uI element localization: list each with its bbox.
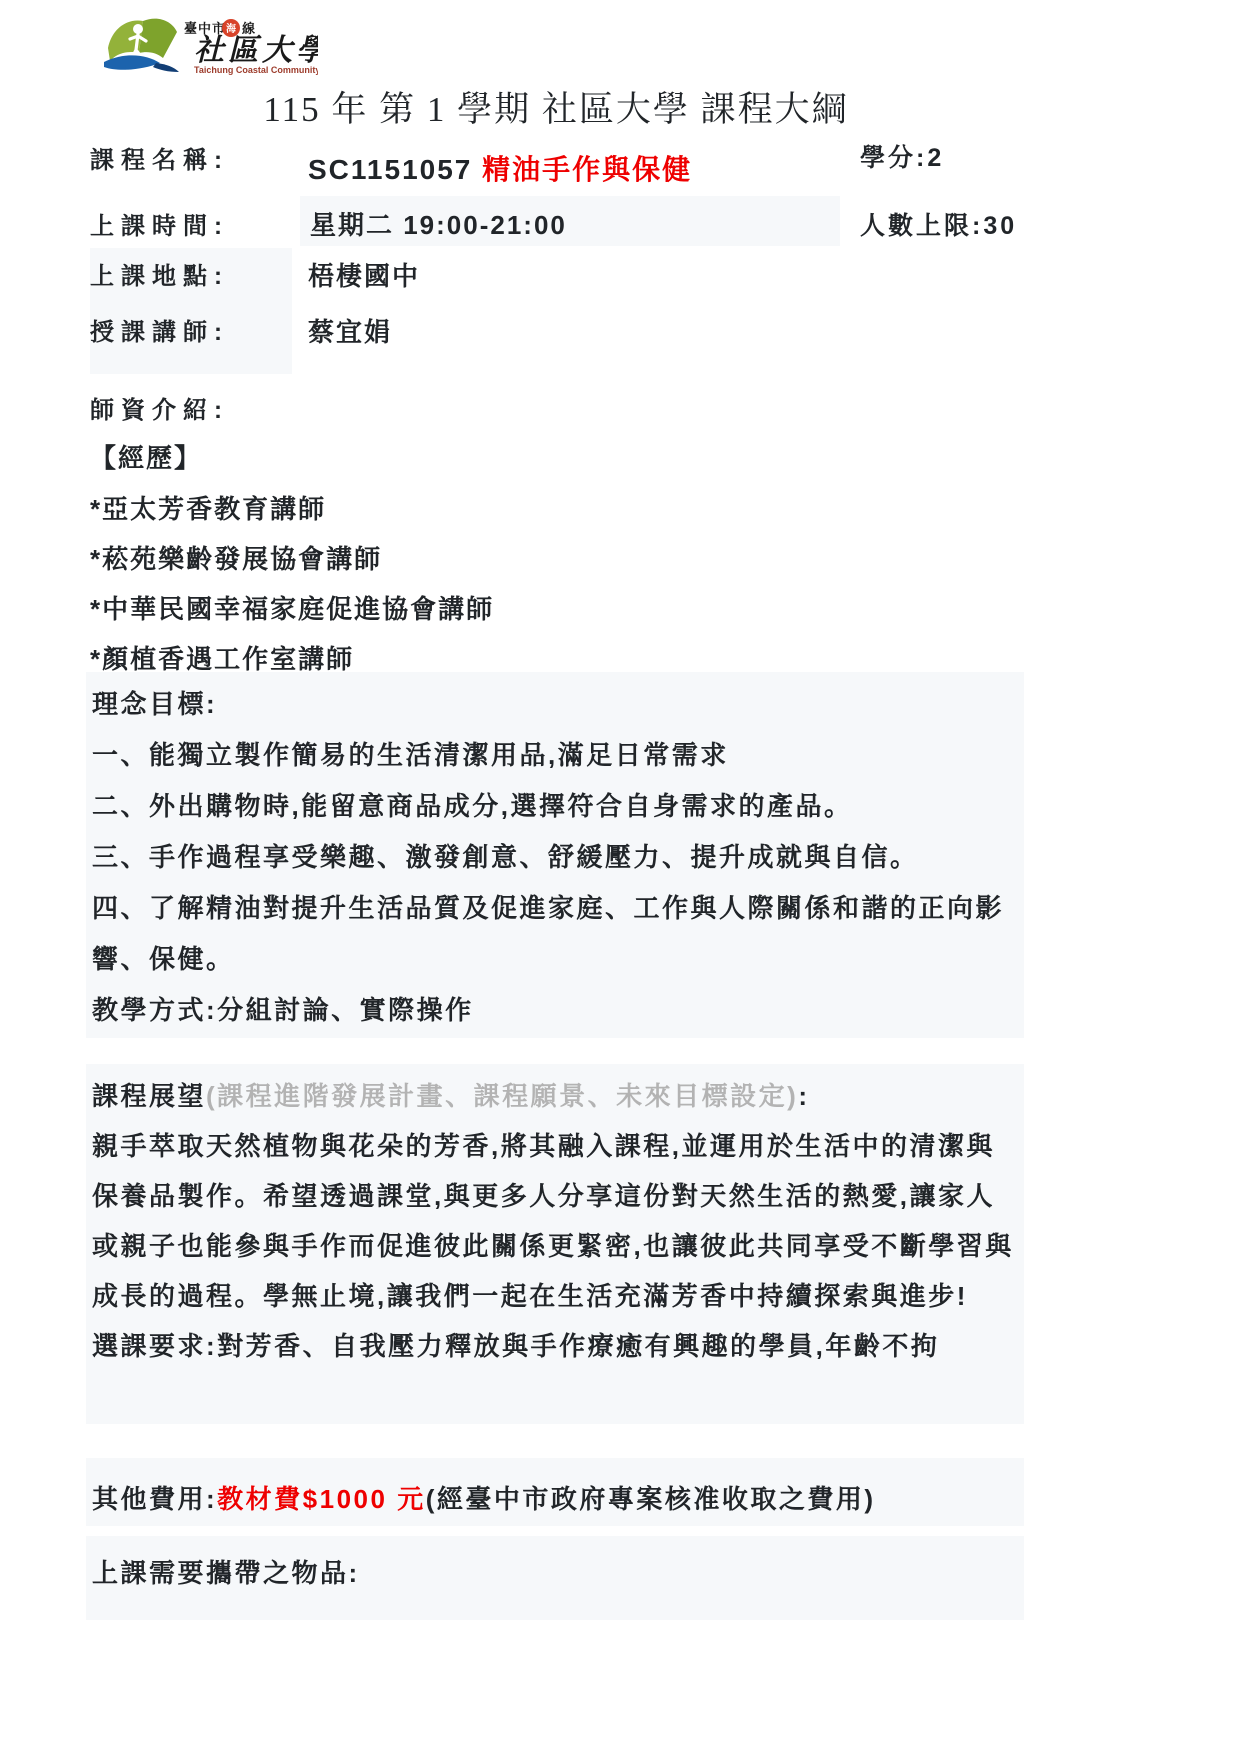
outlook-heading: 課程展望(課程進階發展計畫、課程願景、未來目標設定): xyxy=(92,1071,1014,1121)
course-name-label: 課程名稱: xyxy=(90,140,229,175)
goal-item: 二、外出購物時,能留意商品成分,選擇符合自身需求的產品。 xyxy=(92,781,1014,832)
logo-text-main: 社區大學 xyxy=(194,34,318,67)
college-logo-graphic: 臺中市 海 線 社區大學 Taichung Coastal Community … xyxy=(98,8,318,78)
experience-item: *亞太芳香教育講師 xyxy=(90,489,326,526)
outlook-section: 課程展望(課程進階發展計畫、課程願景、未來目標設定): 親手萃取天然植物與花朵的… xyxy=(86,1064,1024,1424)
class-time-value: 星期二 19:00-21:00 xyxy=(300,196,840,242)
fees-line: 其他費用:教材費$1000 元(經臺中市政府專案核准收取之費用) xyxy=(92,1474,1014,1525)
fees-label: 其他費用: xyxy=(92,1484,217,1514)
course-title-text: 精油手作與保健 xyxy=(482,154,692,185)
goal-item: 一、能獨立製作簡易的生活清潔用品,滿足日常需求 xyxy=(92,730,1014,781)
course-name-value: SC1151057 精油手作與保健 xyxy=(308,148,692,188)
syllabus-page: 臺中市 海 線 社區大學 Taichung Coastal Community … xyxy=(0,0,1240,1754)
location-label: 上課地點: xyxy=(90,256,229,291)
goals-section: 理念目標: 一、能獨立製作簡易的生活清潔用品,滿足日常需求 二、外出購物時,能留… xyxy=(86,672,1024,1038)
fees-amount: 教材費$1000 元 xyxy=(217,1484,426,1514)
outlook-heading-sub: (課程進階發展計畫、課程願景、未來目標設定) xyxy=(206,1081,798,1111)
class-time-label: 上課時間: xyxy=(90,206,229,241)
outlook-heading-colon: : xyxy=(798,1081,809,1111)
teacher-label: 授課講師: xyxy=(90,312,229,347)
logo-text-english: Taichung Coastal Community College xyxy=(194,65,318,75)
experience-item: *中華民國幸福家庭促進協會講師 xyxy=(90,589,494,626)
teaching-method: 教學方式:分組討論、實際操作 xyxy=(92,985,1014,1036)
items-to-bring-section: 上課需要攜帶之物品: xyxy=(86,1536,1024,1620)
college-logo: 臺中市 海 線 社區大學 Taichung Coastal Community … xyxy=(98,8,318,78)
items-to-bring-label: 上課需要攜帶之物品: xyxy=(92,1548,1014,1599)
credits-value: 學分:2 xyxy=(860,138,944,174)
outlook-heading-main: 課程展望 xyxy=(92,1081,206,1111)
capacity-value: 人數上限:30 xyxy=(860,206,1017,242)
page-title: 115 年 第 1 學期 社區大學 課程大綱 xyxy=(90,82,1022,132)
class-time-cell: 星期二 19:00-21:00 xyxy=(300,196,840,246)
fees-section: 其他費用:教材費$1000 元(經臺中市政府專案核准收取之費用) xyxy=(86,1458,1024,1526)
course-code: SC1151057 xyxy=(308,154,472,185)
experience-item: *菘苑樂齡發展協會講師 xyxy=(90,539,382,576)
fees-note: (經臺中市政府專案核准收取之費用) xyxy=(426,1484,876,1514)
teacher-intro-label: 師資介紹: xyxy=(90,390,229,425)
experience-item: *顏植香遇工作室講師 xyxy=(90,639,354,676)
outlook-paragraph: 親手萃取天然植物與花朵的芳香,將其融入課程,並運用於生活中的清潔與保養品製作。希… xyxy=(92,1121,1014,1321)
experience-heading: 【經歷】 xyxy=(90,438,202,475)
book-figure-icon xyxy=(104,19,179,72)
goal-item: 四、了解精油對提升生活品質及促進家庭、工作與人際關係和諧的正向影響、保健。 xyxy=(92,883,1014,985)
goal-item: 三、手作過程享受樂趣、激發創意、舒緩壓力、提升成就與自信。 xyxy=(92,832,1014,883)
location-value: 梧棲國中 xyxy=(308,256,420,293)
teacher-value: 蔡宜娟 xyxy=(308,312,392,349)
course-requirement: 選課要求:對芳香、自我壓力釋放與手作療癒有興趣的學員,年齡不拘 xyxy=(92,1321,1014,1371)
goals-heading: 理念目標: xyxy=(92,679,1014,730)
